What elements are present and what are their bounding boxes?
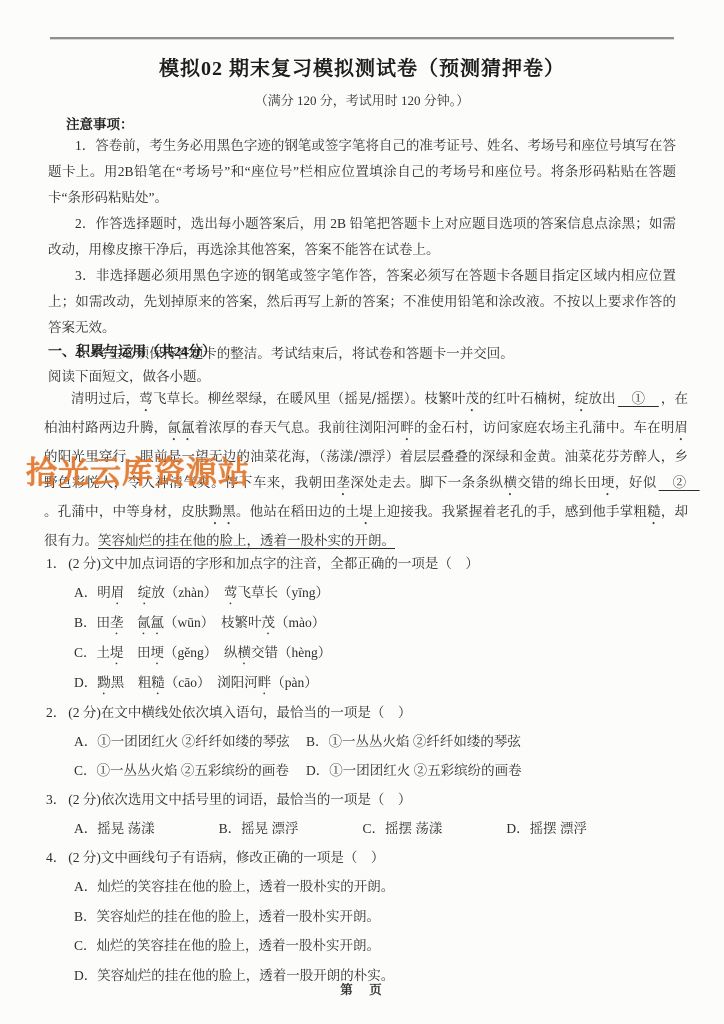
notice-item: 1．答卷前，考生务必用黑色字迹的钢笔或签字笔将自己的准考证号、姓名、考场号和座位… [48, 133, 676, 211]
option-B: B．摇晃 漂浮 [219, 814, 299, 843]
text-segment: 田 [124, 645, 151, 660]
text-segment: 交错（hèng） [251, 645, 331, 660]
question-list: 1．(2 分)文中加点词语的字形和加点字的注音，全都正确的一项是（ ）A．明眉 … [46, 549, 682, 990]
text-segment: （gěng） 纵 [164, 645, 238, 660]
question-options: A．明眉 绽放（zhàn） 莺飞草长（yīng）B．田垄 氤氲（wūn） 枝繁叶… [74, 578, 682, 698]
text-segment: 。孔蒲中，中等身材，皮肤 [44, 504, 208, 520]
text-segment: 堤 [110, 645, 124, 660]
text-segment: 绽 [575, 391, 589, 407]
text-segment: 垄 [336, 475, 350, 491]
blank-slot: ① [616, 391, 661, 407]
text-segment: 放出 [588, 391, 615, 407]
question-stem: 3．(2 分)依次选用文中括号里的词语，最恰当的一项是（ ） [46, 785, 682, 814]
option-B: B．田垄 氤氲（wūn） 枝繁叶茂（mào） [74, 608, 682, 638]
text-segment: （wūn） 枝繁叶 [164, 615, 262, 630]
text-segment: 黑 粗 [111, 675, 152, 690]
option-D: D．摇摆 漂浮 [506, 814, 587, 843]
page-subtitle: （满分 120 分，考试用时 120 分钟。） [0, 90, 724, 109]
option-A: A．灿烂的笑容挂在他的脸上，透着一股朴实的开朗。 [74, 872, 682, 902]
text-segment: 。他站在稻田边的土 [236, 504, 359, 520]
section-heading: 一、积累与运用（共24分） [48, 341, 216, 361]
section-intro: 阅读下面短文，做各小题。 [48, 365, 210, 385]
question-options: A．①一团团红火 ②纤纤如缕的琴弦B．①一丛丛火焰 ②纤纤如缕的琴弦C．①一丛丛… [74, 727, 682, 785]
page-title: 模拟02 期末复习模拟测试卷（预测猜押卷） [0, 52, 724, 81]
text-segment: 莺 [139, 391, 153, 407]
text-segment: 垄 [110, 615, 124, 630]
option-D: D．①一团团红火 ②五彩缤纷的画卷 [306, 756, 538, 785]
text-segment [124, 615, 138, 630]
question-2: 2．(2 分)在文中横线处依次填入语句，最恰当的一项是（ ）A．①一团团红火 ②… [46, 698, 682, 785]
notice-list: 1．答卷前，考生务必用黑色字迹的钢笔或签字笔将自己的准考证号、姓名、考场号和座位… [48, 133, 676, 367]
text-segment [124, 585, 138, 600]
notice-item: 3．非选择题必须用黑色字迹的钢笔或签字笔作答，答案必须写在答题卡各题目指定区域内… [48, 263, 676, 341]
text-segment: 飞草长（yīng） [237, 585, 329, 600]
text-segment: 氤氲 [137, 615, 164, 630]
text-segment: 眉 [675, 420, 689, 436]
notice-item: 2．作答选择题时，选出每小题答案后，用 2B 铅笔把答题卡上对应题目选项的答案信… [48, 211, 676, 263]
option-A: A．明眉 绽放（zhàn） 莺飞草长（yīng） [74, 578, 682, 608]
text-segment: 畔 [400, 420, 414, 436]
option-C: C．摇摆 荡漾 [363, 814, 443, 843]
text-segment: 着浓厚的春天气息。我前往浏阳河 [195, 420, 401, 436]
question-number: 1． [46, 556, 68, 571]
notice-heading: 注意事项： [66, 113, 134, 133]
question-1: 1．(2 分)文中加点词语的字形和加点字的注音，全都正确的一项是（ ）A．明眉 … [46, 549, 682, 698]
text-segment: （mào） [275, 615, 325, 630]
page-footer: 第 页 [0, 980, 724, 998]
question-stem: 4．(2 分)文中画线句子有语病，修改正确的一项是（ ） [46, 843, 682, 872]
text-segment: 的红叶石楠树， [479, 391, 575, 407]
question-number: 4． [46, 850, 68, 865]
question-4: 4．(2 分)文中画线句子有语病，修改正确的一项是（ ）A．灿烂的笑容挂在他的脸… [46, 843, 682, 990]
text-segment: 深处走去。脚下一条条纵 [350, 475, 503, 491]
option-C: C．①一丛丛火焰 ②五彩缤纷的画卷 [74, 756, 306, 785]
text-segment: 交错的绵长田 [517, 475, 601, 491]
top-rule [50, 37, 674, 39]
text-segment: 糙 [647, 504, 661, 520]
option-C: C．土堤 田埂（gěng） 纵横交错（hèng） [74, 638, 682, 668]
text-segment: 笑容灿烂的挂在他的脸上，透着一股朴实的开朗。 [98, 533, 395, 549]
option-B: B．①一丛丛火焰 ②纤纤如缕的琴弦 [306, 727, 538, 756]
text-segment: 茂 [262, 615, 276, 630]
question-number: 3． [46, 792, 68, 807]
text-segment: 莺 [224, 585, 238, 600]
text-segment: 埂 [601, 475, 615, 491]
text-segment: 糙 [151, 675, 165, 690]
question-number: 2． [46, 705, 68, 720]
text-segment: 放（zhàn） [151, 585, 224, 600]
text-segment: 黝 [97, 675, 111, 690]
text-segment: D． [74, 675, 97, 690]
question-3: 3．(2 分)依次选用文中括号里的词语，最恰当的一项是（ ）A．摇晃 荡漾B．摇… [46, 785, 682, 843]
text-segment: 堤 [359, 504, 373, 520]
text-segment: C．土 [74, 645, 110, 660]
text-segment: 的金石村，访问家庭农场主孔蒲中。车在明 [414, 420, 674, 436]
option-C: C．灿烂的笑容挂在他的脸上，透着一股朴实开朗。 [74, 931, 682, 961]
text-segment: 绽 [138, 585, 152, 600]
text-segment: A．明 [74, 585, 111, 600]
question-stem: 2．(2 分)在文中横线处依次填入语句，最恰当的一项是（ ） [46, 698, 682, 727]
exam-page: 模拟02 期末复习模拟测试卷（预测猜押卷） （满分 120 分，考试用时 120… [0, 0, 724, 1024]
text-segment: B．田 [74, 615, 110, 630]
text-segment: 横 [503, 475, 517, 491]
question-options: A．摇晃 荡漾B．摇晃 漂浮C．摇摆 荡漾D．摇摆 漂浮 [74, 814, 682, 843]
text-segment: ，好似 [615, 475, 657, 491]
text-segment: 清明过后， [71, 391, 139, 407]
text-segment: 畔 [258, 675, 272, 690]
option-D: D．黝黑 粗糙（cāo） 浏阳河畔（pàn） [74, 668, 682, 698]
option-A: A．①一团团红火 ②纤纤如缕的琴弦 [74, 727, 306, 756]
text-segment: 横 [238, 645, 252, 660]
text-segment: 飞草长。柳丝翠绿，在暖风里（摇晃/摇摆）。枝繁叶 [153, 391, 465, 407]
text-segment: （pàn） [271, 675, 318, 690]
watermark: 拾光云库资源站 [26, 447, 250, 492]
option-B: B．笑容灿烂的挂在他的脸上，透着一股朴实开朗。 [74, 902, 682, 932]
text-segment: 上迎接我。我紧握着老孔的手，感到他手掌粗 [373, 504, 647, 520]
question-stem: 1．(2 分)文中加点词语的字形和加点字的注音，全都正确的一项是（ ） [46, 549, 682, 578]
text-segment: 眉 [111, 585, 125, 600]
question-options: A．灿烂的笑容挂在他的脸上，透着一股朴实的开朗。B．笑容灿烂的挂在他的脸上，透着… [74, 872, 682, 990]
text-segment: （cāo） 浏阳河 [165, 675, 258, 690]
text-segment: 氤氲 [167, 420, 194, 436]
text-segment: 埂 [151, 645, 165, 660]
option-A: A．摇晃 荡漾 [74, 814, 155, 843]
blank-slot: ② [657, 475, 702, 491]
text-segment: 茂 [465, 391, 479, 407]
text-segment: 黝黑 [208, 504, 235, 520]
